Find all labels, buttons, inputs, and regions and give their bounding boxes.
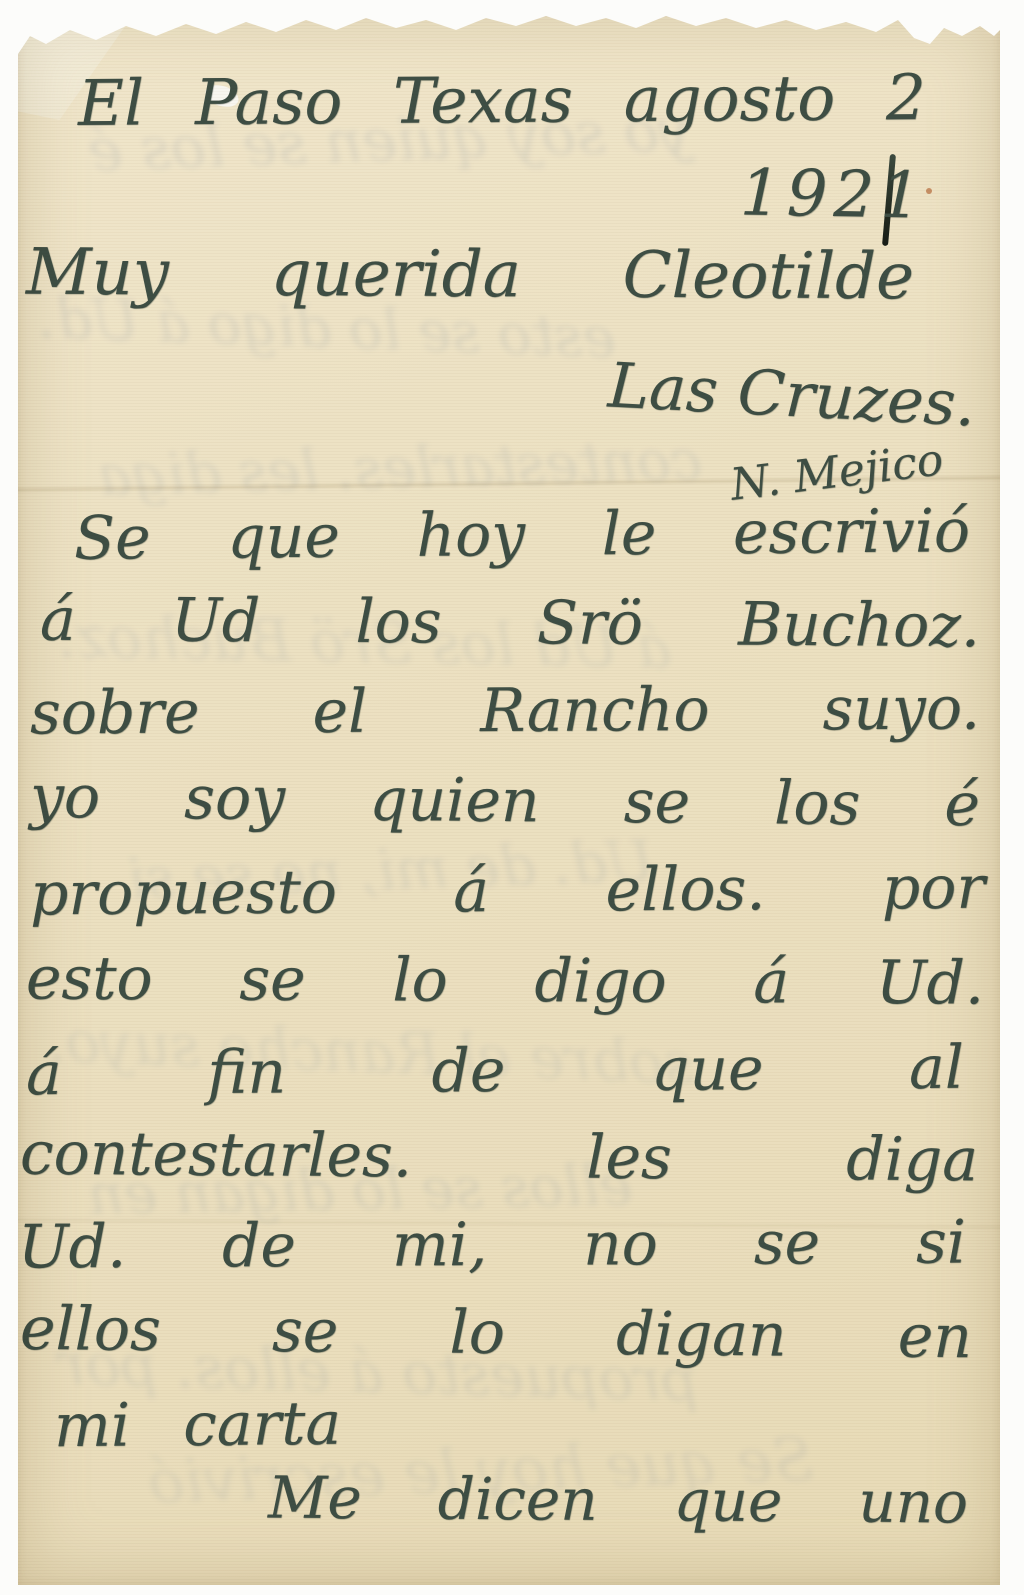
- body-line-5: propuesto á ellos. por: [30, 855, 985, 929]
- bleed-through-text: contestarles. les diga: [97, 428, 703, 509]
- body-line-4: yo soy quien se los é: [30, 764, 981, 839]
- body-line-11: mi carta: [54, 1391, 342, 1461]
- body-line-9: Ud. de mi, no se si: [18, 1210, 966, 1282]
- date-place-line: El Paso Texas agosto 2: [78, 63, 926, 139]
- letter-page: yo soy quien se los é esto se lo digo á …: [18, 10, 1000, 1585]
- body-line-1: Se que hoy le escrivió: [74, 498, 971, 573]
- body-line-6: esto se lo digo á Ud.: [26, 945, 984, 1017]
- body-line-8: contestarles. les diga: [20, 1121, 978, 1195]
- body-line-10: ellos se lo digan en: [20, 1296, 973, 1371]
- scanned-letter: yo soy quien se los é esto se lo digo á …: [0, 0, 1024, 1595]
- recipient-city-line: Las Cruzes.: [606, 350, 977, 439]
- body-line-2: á Ud los Srö Buchoz.: [40, 587, 980, 661]
- body-line-12: Me dicen que uno: [268, 1466, 968, 1536]
- year-line: 1921: [739, 158, 927, 233]
- salutation-line: Muy querida Cleotilde: [26, 238, 914, 314]
- body-line-3: sobre el Rancho suyo.: [30, 676, 980, 748]
- body-line-7: á fin de que al: [26, 1035, 964, 1109]
